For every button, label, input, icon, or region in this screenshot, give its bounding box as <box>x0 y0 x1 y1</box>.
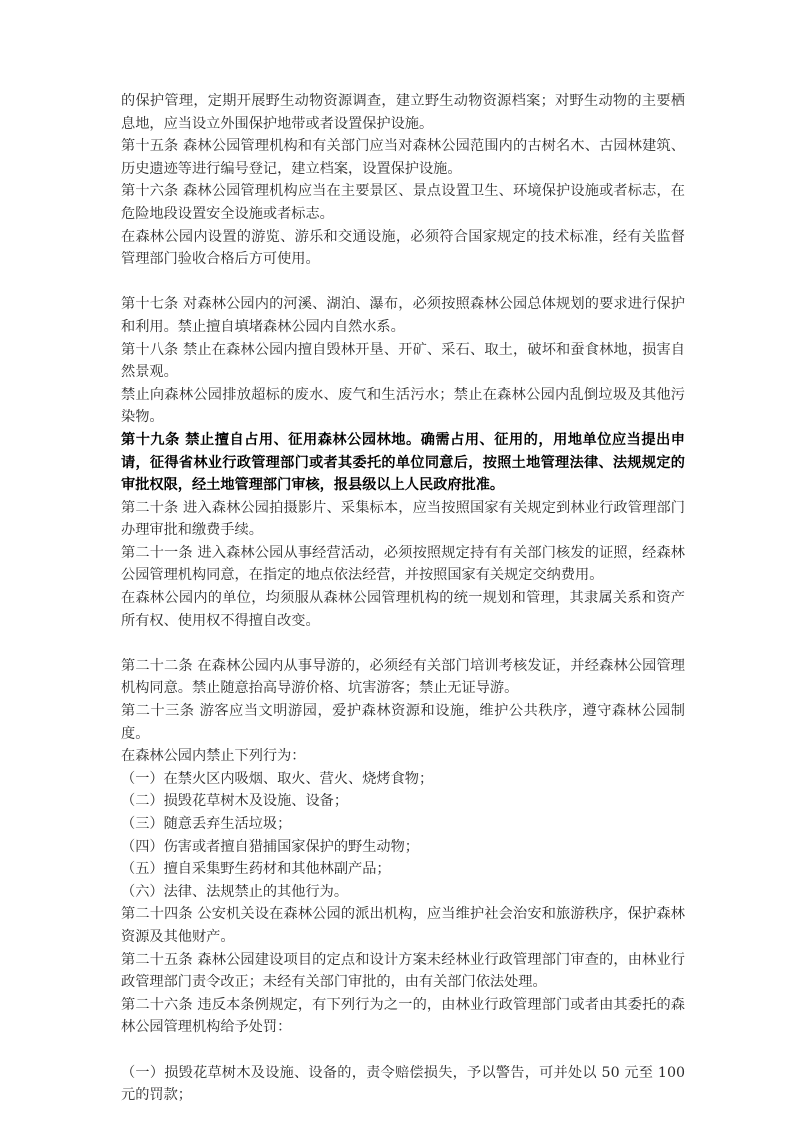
paragraph: 在森林公园内禁止下列行为： <box>121 745 685 768</box>
document-page: 的保护管理，定期开展野生动物资源调查，建立野生动物资源档案；对野生动物的主要栖息… <box>121 90 685 1107</box>
blank-line <box>121 632 685 655</box>
blank-line <box>121 271 685 294</box>
paragraph: 禁止向森林公园排放超标的废水、废气和生活污水；禁止在森林公园内乱倒垃圾及其他污染… <box>121 384 685 429</box>
list-item: （二）损毁花草树木及设施、设备； <box>121 790 685 813</box>
article-23: 第二十三条 游客应当文明游园，爱护森林资源和设施，维护公共秩序，遵守森林公园制度… <box>121 700 685 745</box>
list-item: （三）随意丢弃生活垃圾； <box>121 813 685 836</box>
article-16: 第十六条 森林公园管理机构应当在主要景区、景点设置卫生、环境保护设施或者标志，在… <box>121 180 685 225</box>
paragraph: 在森林公园内设置的游览、游乐和交通设施，必须符合国家规定的技术标准，经有关监督管… <box>121 226 685 271</box>
list-item: （五）擅自采集野生药材和其他林副产品； <box>121 858 685 881</box>
article-26: 第二十六条 违反本条例规定，有下列行为之一的，由林业行政管理部门或者由其委托的森… <box>121 994 685 1039</box>
article-22: 第二十二条 在森林公园内从事导游的，必须经有关部门培训考核发证，并经森林公园管理… <box>121 655 685 700</box>
paragraph: 在森林公园内的单位，均须服从森林公园管理机构的统一规划和管理，其隶属关系和资产所… <box>121 587 685 632</box>
article-20: 第二十条 进入森林公园拍摄影片、采集标本，应当按照国家有关规定到林业行政管理部门… <box>121 497 685 542</box>
article-19: 第十九条 禁止擅自占用、征用森林公园林地。确需占用、征用的，用地单位应当提出申请… <box>121 429 685 497</box>
article-21: 第二十一条 进入森林公园从事经营活动，必须按照规定持有有关部门核发的证照，经森林… <box>121 542 685 587</box>
blank-line <box>121 1039 685 1062</box>
article-18: 第十八条 禁止在森林公园内擅自毁林开垦、开矿、采石、取土，破坏和蚕食林地，损害自… <box>121 339 685 384</box>
list-item: （一）在禁火区内吸烟、取火、营火、烧烤食物； <box>121 768 685 791</box>
paragraph: 的保护管理，定期开展野生动物资源调查，建立野生动物资源档案；对野生动物的主要栖息… <box>121 90 685 135</box>
article-24: 第二十四条 公安机关设在森林公园的派出机构，应当维护社会治安和旅游秩序，保护森林… <box>121 903 685 948</box>
article-25: 第二十五条 森林公园建设项目的定点和设计方案未经林业行政管理部门审查的，由林业行… <box>121 949 685 994</box>
list-item: （四）伤害或者擅自猎捕国家保护的野生动物； <box>121 836 685 859</box>
article-17: 第十七条 对森林公园内的河溪、湖泊、瀑布，必须按照森林公园总体规划的要求进行保护… <box>121 293 685 338</box>
list-item: （一）损毁花草树木及设施、设备的，责令赔偿损失，予以警告，可并处以 50 元至 … <box>121 1062 685 1107</box>
list-item: （六）法律、法规禁止的其他行为。 <box>121 881 685 904</box>
article-15: 第十五条 森林公园管理机构和有关部门应当对森林公园范围内的古树名木、古园林建筑、… <box>121 135 685 180</box>
